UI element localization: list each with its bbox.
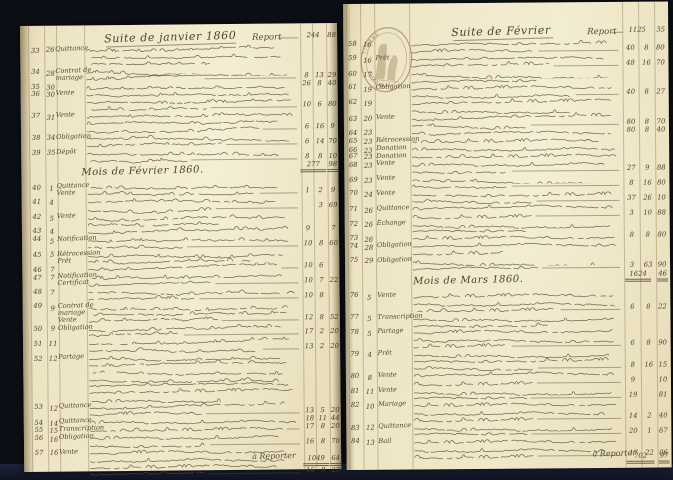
fee-amount: 88 <box>657 209 667 216</box>
fee-amount: 13 <box>304 343 314 350</box>
entry-number: 74 <box>346 243 362 250</box>
fee-amount: 10 <box>303 240 313 247</box>
fee-amount: 6 <box>625 303 639 310</box>
entry-number: 64 <box>345 130 361 137</box>
fee-amount: 8 <box>624 180 638 187</box>
filler-dash <box>226 143 297 145</box>
fee-amount: 44 <box>331 415 340 422</box>
entries-left: 3326Quittance3428Contrat demariage813293… <box>20 23 337 26</box>
fee-amount: 8 <box>315 240 327 247</box>
entry-number: 61 <box>345 84 361 91</box>
fee-amount: 80 <box>328 101 337 108</box>
fee-amount: 88 <box>656 165 666 172</box>
entry-number: 56 <box>30 435 48 442</box>
fee-amount: 80 <box>624 119 638 126</box>
filler-dash <box>260 193 298 194</box>
fee-amount: 9 <box>626 376 640 383</box>
filler-dash <box>560 309 620 310</box>
month-header: Mois de Mars 1860. <box>413 274 523 287</box>
filler-dash <box>191 158 297 160</box>
fee-amount: 8 <box>642 340 656 347</box>
entry-day: 19 <box>361 101 375 108</box>
fee-amount: 16 <box>314 123 326 130</box>
act-type-label: Vente <box>378 371 411 379</box>
archive-scan-viewport: { "scan": { "ink": "#53473a", "rule": "#… <box>0 0 673 480</box>
handwriting-line <box>87 154 187 165</box>
act-type-label: Prêt <box>375 54 408 62</box>
act-type-label: Vente <box>377 291 410 299</box>
entry-day: 26 <box>362 207 376 214</box>
entry-number: 49 <box>29 303 47 310</box>
fee-amount: 12 <box>304 314 314 321</box>
entry-day: 10 <box>363 404 377 411</box>
fee-amount: 9 <box>328 123 337 130</box>
fee-amount: 2 <box>316 343 328 350</box>
report-value: 1125 <box>623 27 651 34</box>
fee-amount: 10 <box>641 209 655 216</box>
entry-day: 17 <box>361 72 375 79</box>
fee-amount: 19 <box>626 391 640 398</box>
fee-amount: 8 <box>640 126 654 133</box>
fee-amount: 69 <box>329 202 338 209</box>
filler-dash <box>206 413 300 415</box>
entry-number: 67 <box>345 153 361 160</box>
act-type-label: Notification <box>57 235 86 243</box>
entry-day: 26 <box>362 221 376 228</box>
filler-dash <box>187 245 298 247</box>
fee-amount: 20 <box>331 407 340 414</box>
carry-forward-total: 1049 <box>303 455 329 466</box>
fee-amount: 8 <box>316 314 328 321</box>
report-value: 35 <box>655 26 666 33</box>
filler-dash <box>576 94 619 95</box>
entry-day: 23 <box>361 139 375 146</box>
fee-amount: 40 <box>656 126 666 133</box>
entry-number: 50 <box>29 326 47 333</box>
act-type-label: Obligation <box>56 133 85 141</box>
entry-day: 12 <box>363 425 377 432</box>
entry-number: 53 <box>30 404 48 411</box>
fee-amount: 70 <box>328 138 337 145</box>
entry-number: 84 <box>347 438 363 445</box>
fee-amount: 48 <box>623 59 637 66</box>
act-type-label: Vente <box>376 174 409 182</box>
fee-amount: 16 <box>640 180 654 187</box>
fee-amount: 8 <box>301 72 311 79</box>
fee-amount: 10 <box>302 101 312 108</box>
act-type-label: Obligation <box>59 433 88 441</box>
fee-amount: 40 <box>624 89 638 96</box>
filler-dash <box>205 77 297 79</box>
fee-amount: 20 <box>330 343 339 350</box>
fee-amount: 8 <box>640 118 654 125</box>
entry-number: 68 <box>345 162 361 169</box>
report-value: 88 <box>326 32 337 39</box>
register-page-right: TIMBRE IMPERIAL Suite de Février Report … <box>343 1 672 470</box>
month-subtotal: 98 <box>327 161 338 172</box>
entry-number: 45 <box>28 252 46 259</box>
fee-amount: 8 <box>302 153 312 160</box>
entry-number: 75 <box>346 257 362 264</box>
fee-amount: 40 <box>328 79 337 86</box>
entry-day: 26 <box>362 237 376 244</box>
fee-amount: 10 <box>657 194 667 201</box>
entry-number: 41 <box>28 198 46 205</box>
entry-day: 11 <box>47 340 59 347</box>
filler-dash <box>537 382 621 384</box>
entry-number: 40 <box>28 184 46 191</box>
report-dash <box>278 37 298 38</box>
month-subtotal: 46 <box>657 270 668 281</box>
filler-dash <box>281 268 298 269</box>
fee-amount: 8 <box>317 423 329 430</box>
entry-day: 7 <box>47 290 59 297</box>
entry-number: 78 <box>347 328 363 335</box>
entry-day: 23 <box>361 177 375 184</box>
entry-number: 58 <box>344 41 360 48</box>
entry-number: 65 <box>345 138 361 145</box>
fee-amount: 3 <box>315 202 327 209</box>
handwriting-line <box>413 262 538 273</box>
act-type-label: Vente <box>59 448 88 456</box>
fee-amount: 80 <box>656 180 666 187</box>
act-type-label: Obligation <box>377 256 410 264</box>
entry-number: 76 <box>346 292 362 299</box>
entry-number: 83 <box>347 425 363 432</box>
fee-amount: 60 <box>329 240 338 247</box>
fee-amount: 7 <box>329 225 338 232</box>
entry-day: 28 <box>362 245 376 252</box>
fee-amount: 8 <box>314 80 326 87</box>
act-type-label: Vente <box>376 189 409 197</box>
act-type-label: Mariage <box>378 400 411 408</box>
fee-amount: 70 <box>331 438 340 445</box>
filler-dash <box>512 170 619 172</box>
fee-amount: 6 <box>626 340 640 347</box>
entry-number: 62 <box>345 99 361 106</box>
act-type-label: Partage <box>58 353 87 361</box>
entry-day: 13 <box>363 440 377 447</box>
entry-day: 19 <box>361 87 375 94</box>
fee-amount: 14 <box>626 413 640 420</box>
fee-amount: 8 <box>639 44 653 51</box>
act-type-label: Échange <box>377 219 410 227</box>
entry-day: 8 <box>363 374 377 381</box>
fee-amount: 80 <box>657 232 667 239</box>
filler-dash <box>263 349 299 350</box>
entry-day: 16 <box>360 57 374 64</box>
fee-amount: 16 <box>639 59 653 66</box>
carry-forward-total: 97 <box>659 452 670 463</box>
fee-amount: 90 <box>658 340 668 347</box>
fee-amount: 8 <box>640 89 654 96</box>
filler-dash <box>537 200 620 202</box>
fee-amount: 40 <box>623 45 637 52</box>
fee-amount: 9 <box>640 165 654 172</box>
act-type-label: Quittance <box>376 204 409 212</box>
entry-day: 4 <box>46 199 58 206</box>
filler-dash <box>184 334 299 336</box>
fee-amount: 67 <box>658 427 668 434</box>
filler-dash <box>536 215 620 217</box>
act-type-label: Obligation <box>377 241 410 249</box>
filler-dash <box>263 128 297 129</box>
month-subtotal: 277 <box>300 161 326 172</box>
entry-number: 34 <box>26 69 44 76</box>
entry-number: 81 <box>347 388 363 395</box>
entry-number: 51 <box>29 340 47 347</box>
filler-dash <box>211 107 297 109</box>
entry-number: 38 <box>27 135 45 142</box>
entry-day: 24 <box>361 192 375 199</box>
entry-number: 59 <box>344 55 360 62</box>
report-dash <box>611 32 623 33</box>
fee-amount: 10 <box>658 376 668 383</box>
entry-number: 73 <box>346 234 362 241</box>
act-type-label: Vente <box>56 89 85 97</box>
fee-amount: 10 <box>303 277 313 284</box>
fee-amount: 1 <box>303 187 313 194</box>
month-header: Mois de Février 1860. <box>81 165 203 179</box>
act-type-label: Partage <box>377 327 410 335</box>
filler-dash <box>512 345 621 347</box>
month-subtotal: 1624 <box>625 270 651 281</box>
act-type-label: Obligation <box>58 323 87 331</box>
fee-amount: 80 <box>655 44 665 51</box>
fee-amount: 2 <box>316 328 328 335</box>
entry-day: 23 <box>361 163 375 170</box>
fee-amount: 6 <box>314 101 326 108</box>
fee-amount: 16 <box>305 467 315 474</box>
fee-amount: 81 <box>658 391 668 398</box>
entry-number: 63 <box>345 116 361 123</box>
act-type-label: Bail <box>378 437 411 445</box>
entries-right: 5816408805916Prêt48167060176119Obligatio… <box>343 1 668 4</box>
entry-day: 11 <box>363 388 377 395</box>
fee-amount: 70 <box>655 59 665 66</box>
fee-amount: 22 <box>657 303 667 310</box>
page-title: Suite de Février <box>451 24 551 40</box>
fee-amount: 80 <box>624 126 638 133</box>
filler-dash <box>200 297 299 299</box>
filler-dash <box>512 185 619 187</box>
handwriting-line <box>415 450 534 461</box>
filler-dash <box>542 267 620 269</box>
fee-amount: 14 <box>314 138 326 145</box>
entry-number: 48 <box>29 289 47 296</box>
fee-amount: 9 <box>303 225 313 232</box>
entry-number: 70 <box>345 190 361 197</box>
entry-number: 57 <box>30 449 48 456</box>
fee-amount: 20 <box>331 423 340 430</box>
fee-amount: 29 <box>327 72 336 79</box>
fee-amount: 3 <box>625 209 639 216</box>
act-type-label: Quittance <box>378 422 411 430</box>
fee-amount: 26 <box>641 194 655 201</box>
entry-number: 46 <box>28 267 46 274</box>
act-type-label: Prêt <box>57 256 86 264</box>
fee-amount: 3 <box>625 262 639 269</box>
entry-day: 5 <box>362 315 376 322</box>
entry-number: 47 <box>28 275 46 282</box>
fee-amount: 6 <box>302 123 312 130</box>
filler-dash <box>553 65 618 67</box>
fee-amount: 17 <box>304 329 314 336</box>
act-type-label: Vente <box>57 212 86 220</box>
act-type-label: Quittance <box>59 402 88 410</box>
entry-day: 16 <box>360 42 374 49</box>
entry-number: 55 <box>30 426 48 433</box>
fee-amount: 16 <box>642 361 656 368</box>
fee-amount: 63 <box>641 262 655 269</box>
entry-number: 36 <box>27 90 45 97</box>
fee-amount: 20 <box>626 428 640 435</box>
fee-amount: 2 <box>315 187 327 194</box>
fee-amount: 90 <box>657 261 667 268</box>
act-type-label: Vente <box>376 113 409 121</box>
entry-day: 23 <box>361 130 375 137</box>
entry-number: 82 <box>347 401 363 408</box>
fee-amount: 13 <box>313 72 325 79</box>
report-value: 244 <box>301 32 325 39</box>
entry-number: 44 <box>28 236 46 243</box>
act-type-label: Quittance <box>55 45 84 53</box>
fee-amount: 10 <box>328 152 337 159</box>
fee-amount: 8 <box>316 292 328 299</box>
fee-amount: 8 <box>641 303 655 310</box>
fee-amount: 26 <box>302 80 312 87</box>
entry-day: 20 <box>361 115 375 122</box>
carry-forward-total: 64 <box>330 455 341 466</box>
entry-day: 5 <box>362 294 376 301</box>
fee-amount: 16 <box>305 438 315 445</box>
fee-amount: 40 <box>658 413 668 420</box>
act-type-label: Vente <box>378 386 411 394</box>
act-type-label: Prêt <box>378 349 411 357</box>
entry-number: 37 <box>27 112 45 119</box>
register-page-left: Suite de janvier 1860 Report 244 88 3326… <box>20 23 341 472</box>
fee-amount: 8 <box>626 362 640 369</box>
entry-number: 77 <box>346 313 362 320</box>
filler-dash <box>210 443 300 445</box>
fee-amount: 27 <box>656 89 666 96</box>
act-type-label: Dépôt <box>56 148 85 156</box>
fee-amount: 8 <box>641 232 655 239</box>
entry-number: 39 <box>27 150 45 157</box>
entry-number: 42 <box>28 213 46 220</box>
fee-amount: 37 <box>625 195 639 202</box>
fee-amount: 10 <box>304 292 314 299</box>
fee-amount: 2 <box>642 413 656 420</box>
fee-amount: 8 <box>625 232 639 239</box>
entry-day: 4 <box>363 352 377 359</box>
entry-number: 69 <box>345 176 361 183</box>
filler-dash <box>531 433 621 435</box>
filler-dash <box>216 207 298 209</box>
entry-day: 29 <box>362 258 376 265</box>
fee-amount: 52 <box>330 314 339 321</box>
act-type-label: Vente <box>56 111 85 119</box>
carry-forward-label: à Reporter <box>252 451 296 461</box>
carry-forward-total: 702 <box>627 453 655 464</box>
entry-day: 5 <box>363 331 377 338</box>
fee-amount: 8 <box>317 438 329 445</box>
entry-number: 80 <box>347 373 363 380</box>
fee-amount: 8 <box>317 467 329 474</box>
fee-amount: 20 <box>330 328 339 335</box>
entry-number: 71 <box>346 206 362 213</box>
fee-amount: 6 <box>315 262 327 269</box>
entry-number: 72 <box>346 221 362 228</box>
entry-number: 60 <box>345 71 361 78</box>
act-type-label: Transcription <box>377 313 410 321</box>
fee-amount: 1 <box>642 428 656 435</box>
entry-number: 52 <box>29 356 47 363</box>
fee-amount: 27 <box>331 466 340 473</box>
filler-dash <box>215 282 298 284</box>
act-type-label: Certificat <box>57 279 86 287</box>
fee-amount: 15 <box>658 361 668 368</box>
act-type-label: mariage <box>55 74 84 82</box>
entry-day: 23 <box>361 154 375 161</box>
fee-amount: 27 <box>624 165 638 172</box>
filler-dash <box>538 50 618 52</box>
fee-amount: 8 <box>314 153 326 160</box>
filler-dash <box>538 367 621 369</box>
fee-amount: 9 <box>329 187 338 194</box>
act-type-label: Vente <box>56 189 85 197</box>
filler-dash <box>287 428 300 429</box>
fee-amount: 10 <box>303 262 313 269</box>
filler-dash <box>531 124 619 126</box>
filler-dash <box>531 396 621 398</box>
entry-number: 79 <box>347 351 363 358</box>
fee-amount: 70 <box>656 118 666 125</box>
filler-dash <box>222 319 299 321</box>
fee-amount: 7 <box>315 277 327 284</box>
fee-amount: 17 <box>305 423 315 430</box>
fee-amount: 22 <box>329 277 338 284</box>
filler-dash <box>537 418 621 420</box>
fee-amount: 6 <box>302 138 312 145</box>
entry-number: 33 <box>26 47 44 54</box>
handwriting-line <box>90 468 204 479</box>
act-type-label: Vente <box>376 159 409 167</box>
